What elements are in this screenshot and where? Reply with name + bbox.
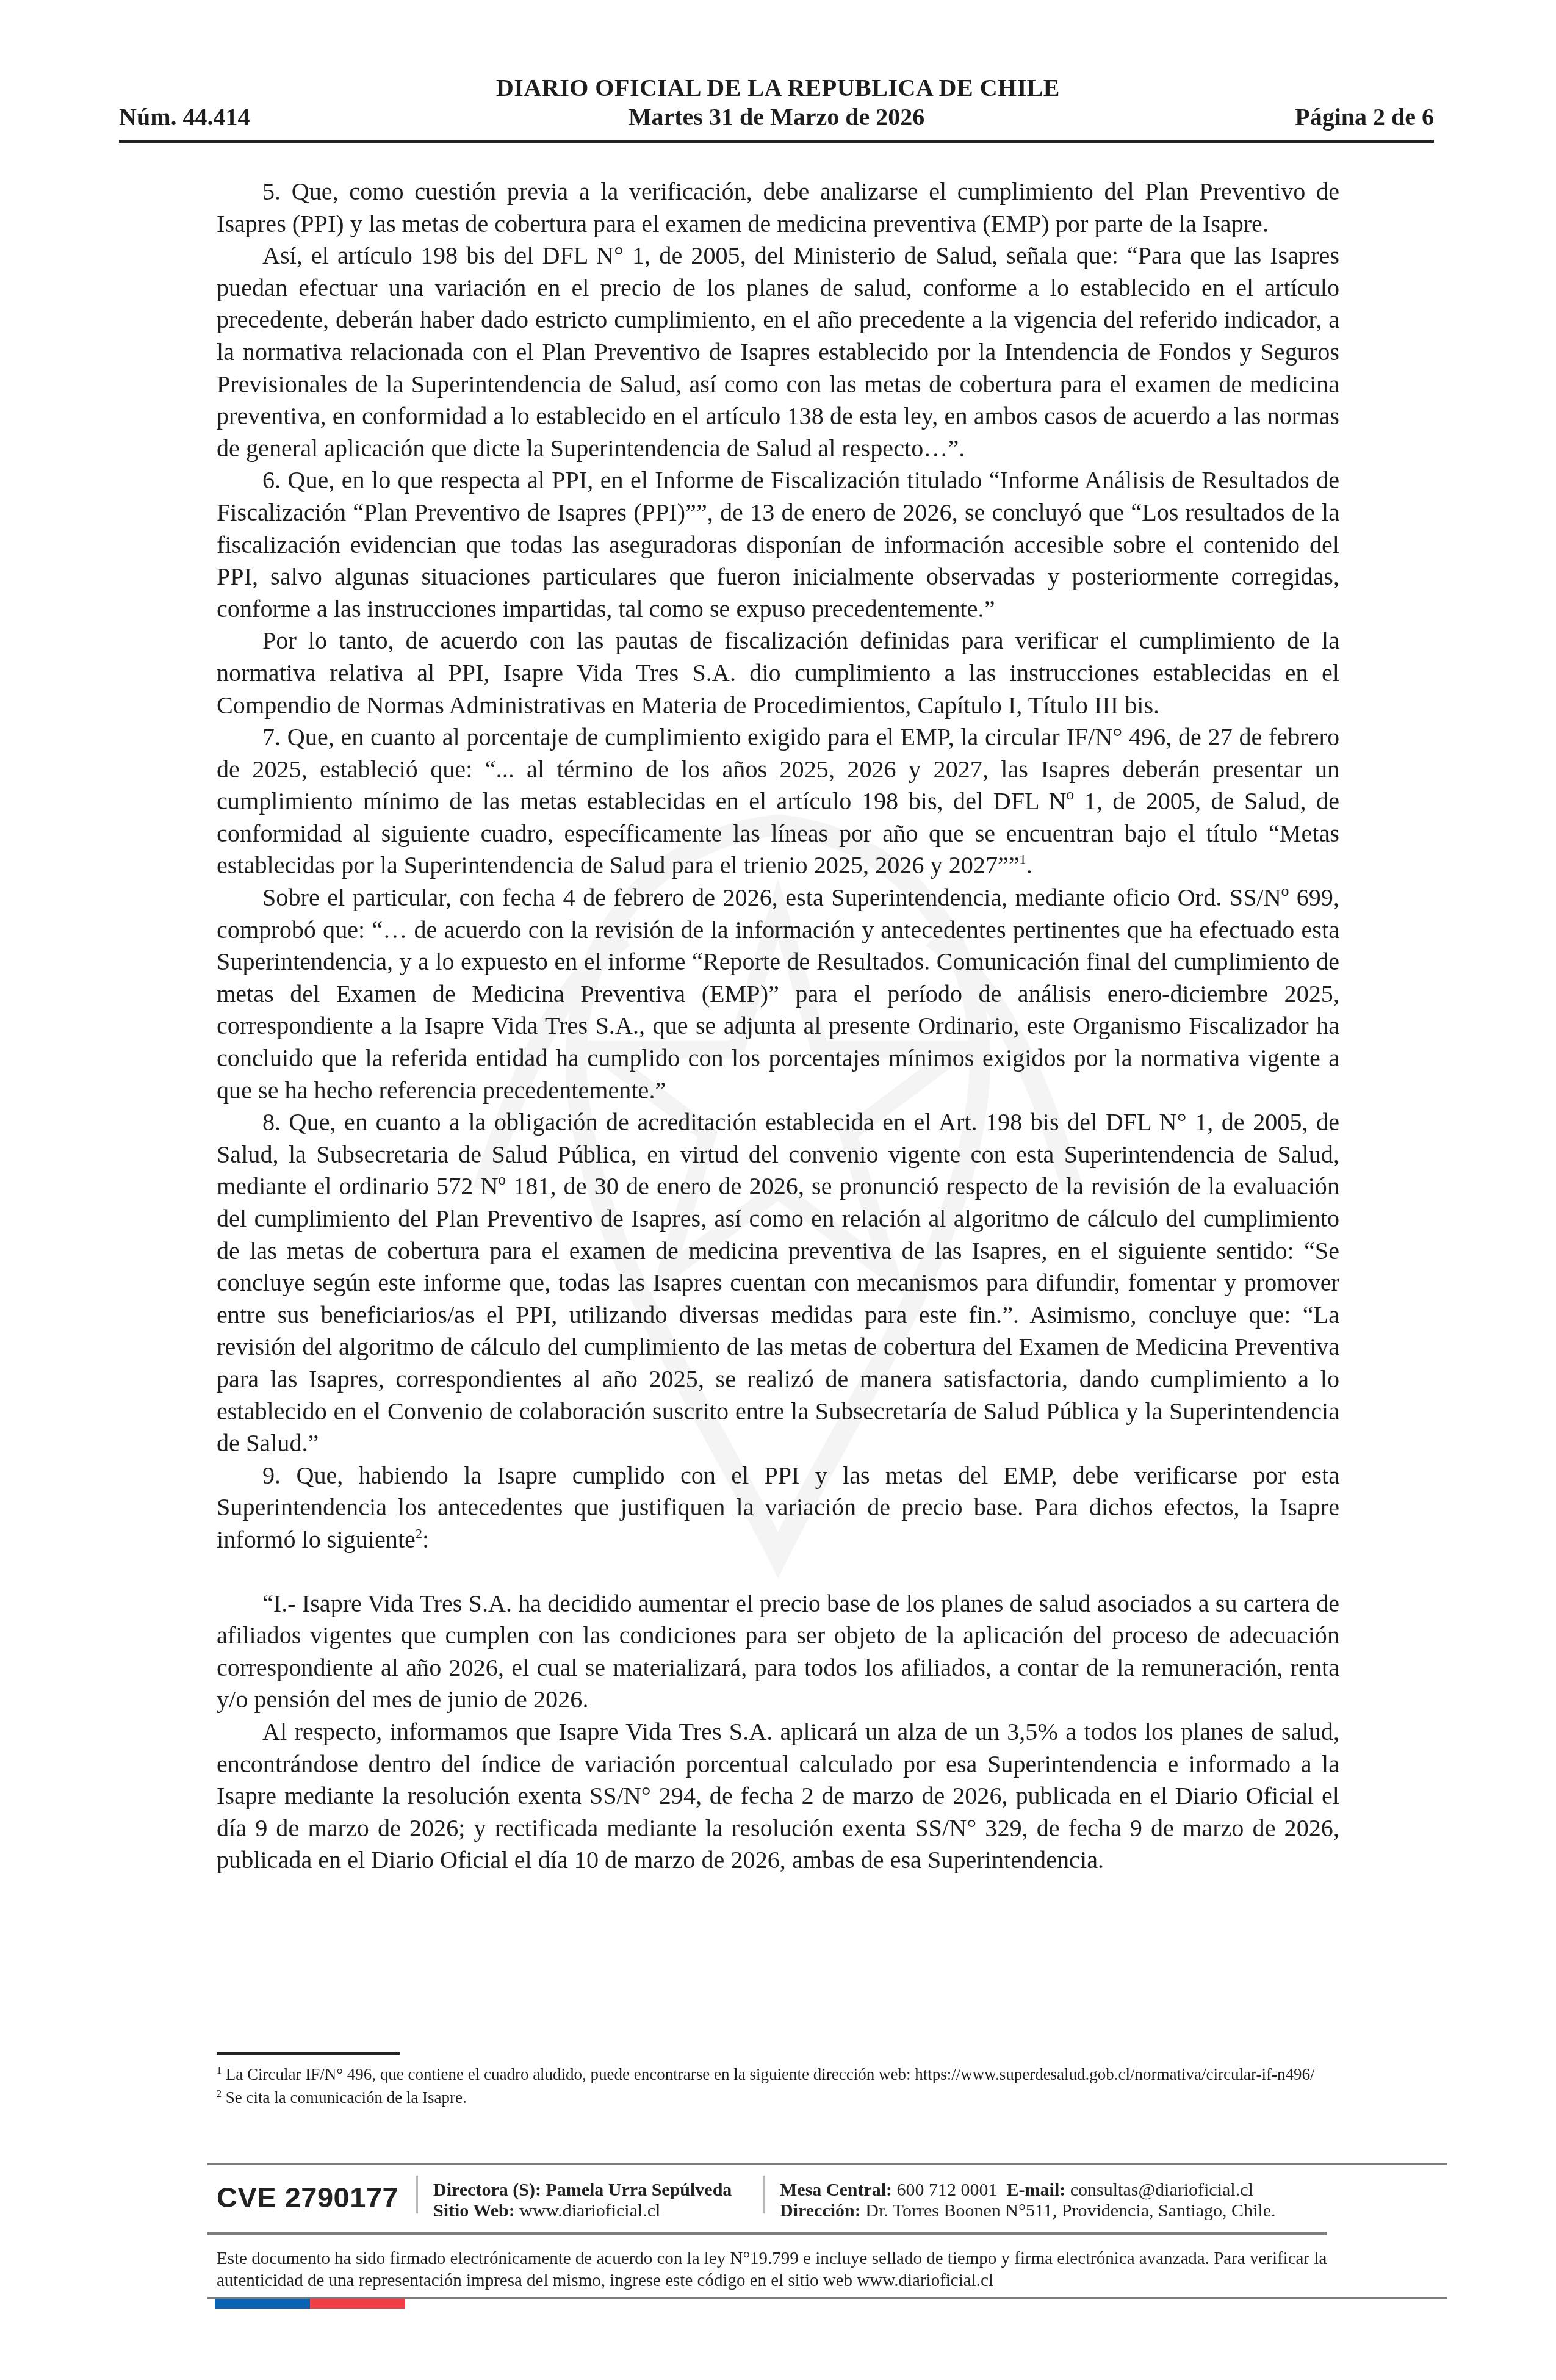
footnote-1: 1 La Circular IF/N° 496, que contiene el…	[217, 2063, 1339, 2086]
paragraph-6-conclusion: Por lo tanto, de acuerdo con las pautas …	[217, 625, 1339, 721]
footer-separator-1	[416, 2176, 418, 2213]
electronic-signature-notice: Este documento ha sido firmado electróni…	[217, 2248, 1339, 2292]
footer-contact-block: Mesa Central: 600 712 0001 E-mail: consu…	[780, 2180, 1276, 2221]
footnote-ref-1[interactable]: 1	[1020, 851, 1026, 867]
paragraph-5-quote: Así, el artículo 198 bis del DFL N° 1, d…	[217, 240, 1339, 464]
phone-label: Mesa Central:	[780, 2180, 892, 2200]
paragraph-6: 6. Que, en lo que respecta al PPI, en el…	[217, 464, 1339, 625]
paragraph-7-text: 7. Que, en cuanto al porcentaje de cumpl…	[217, 723, 1339, 879]
address-label: Dirección:	[780, 2201, 861, 2221]
header-meta-row: Núm. 44.414 Martes 31 de Marzo de 2026 P…	[119, 103, 1434, 133]
footer-divider-middle	[207, 2232, 1327, 2235]
paragraph-8: 8. Que, en cuanto a la obligación de acr…	[217, 1106, 1339, 1460]
paragraph-7: 7. Que, en cuanto al porcentaje de cumpl…	[217, 721, 1339, 882]
paragraph-7-end: .	[1026, 851, 1032, 879]
director-label: Directora (S):	[433, 2180, 541, 2200]
footnote-divider	[217, 2052, 400, 2055]
paragraph-9-end: :	[422, 1526, 429, 1553]
footer-separator-2	[763, 2176, 765, 2213]
footnote-2-number: 2	[217, 2089, 222, 2099]
email-link[interactable]: consultas@diarioficial.cl	[1070, 2180, 1253, 2200]
cve-code: CVE 2790177	[217, 2180, 398, 2214]
newspaper-title: DIARIO OFICIAL DE LA REPUBLICA DE CHILE	[0, 73, 1556, 102]
header-divider	[119, 140, 1434, 143]
paragraph-7-ord: Sobre el particular, con fecha 4 de febr…	[217, 882, 1339, 1106]
footnote-ref-2[interactable]: 2	[416, 1526, 422, 1541]
email-label: E-mail:	[1007, 2180, 1066, 2200]
website-link[interactable]: www.diarioficial.cl	[519, 2201, 660, 2221]
paragraph-9: 9. Que, habiendo la Isapre cumplido con …	[217, 1460, 1339, 1556]
website-label: Sitio Web:	[433, 2201, 515, 2221]
footnote-2: 2 Se cita la comunicación de la Isapre.	[217, 2086, 1339, 2109]
footnote-1-number: 1	[217, 2066, 222, 2076]
isapre-quote: “I.- Isapre Vida Tres S.A. ha decidido a…	[217, 1588, 1339, 1716]
paragraph-5: 5. Que, como cuestión previa a la verifi…	[217, 176, 1339, 240]
footnote-1-text: La Circular IF/N° 496, que contiene el c…	[226, 2065, 1315, 2083]
paragraph-9-text: 9. Que, habiendo la Isapre cumplido con …	[217, 1462, 1339, 1553]
isapre-quote-continued: Al respecto, informamos que Isapre Vida …	[217, 1716, 1339, 1877]
flag-bar-blue	[215, 2299, 310, 2309]
page-indicator: Página 2 de 6	[1295, 103, 1434, 131]
director-name: Pamela Urra Sepúlveda	[546, 2180, 732, 2200]
document-body: 5. Que, como cuestión previa a la verifi…	[217, 176, 1339, 1877]
phone-number: 600 712 0001	[897, 2180, 998, 2200]
footer-divider-top	[207, 2163, 1447, 2165]
footnotes: 1 La Circular IF/N° 496, que contiene el…	[217, 2063, 1339, 2109]
footnote-2-text: Se cita la comunicación de la Isapre.	[226, 2088, 467, 2107]
address-value: Dr. Torres Boonen N°511, Providencia, Sa…	[865, 2201, 1275, 2221]
issue-date: Martes 31 de Marzo de 2026	[119, 103, 1434, 131]
footer-director-block: Directora (S): Pamela Urra Sepúlveda Sit…	[433, 2180, 732, 2221]
flag-bar-red	[310, 2299, 405, 2309]
